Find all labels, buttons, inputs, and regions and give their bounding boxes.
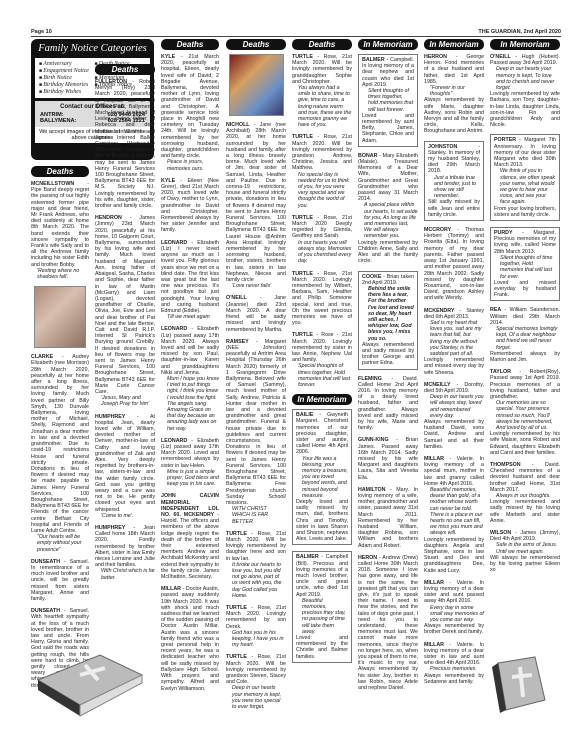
- notice-name: FLEMING: [358, 376, 382, 382]
- column-deaths-3: DeathsKYLE - 21st March 2020, peacefully…: [161, 39, 219, 698]
- page-header: Page 10 THE GUARDIAN, 2nd April 2020: [31, 29, 561, 37]
- notice-verse: 'Jesus, Mary and Joseph Pray for him': [95, 395, 155, 407]
- notice-verse: Deep in our hearts your memory is kept, …: [490, 66, 560, 91]
- notice-verse: Deep in our hearts your memory is kept, …: [226, 685, 286, 710]
- notice-verse: Deep in our hearts you will always stay,…: [424, 394, 484, 419]
- notice-text: - Gwyneth Margaret. Cherished memories o…: [296, 412, 348, 455]
- notice-name: TAYLOR: [490, 369, 511, 375]
- notice-verse: Beautiful memories, precious they stay, …: [296, 598, 348, 635]
- notice-name: WILSON: [490, 530, 511, 536]
- notice: TURTLE - Rose, 21st March 2020. Lovingly…: [292, 271, 352, 327]
- notice-name: PURDY: [494, 230, 513, 236]
- notice: MCNEILLY - Dorothy, died 5th April 2019.…: [424, 382, 484, 450]
- notice-text: - Pipe Band deeply regret the passing of…: [31, 181, 89, 268]
- notice-name: TURTLE: [292, 54, 313, 60]
- notice-verse: Beautiful memories, dearer than gold, of…: [424, 487, 484, 537]
- notice-name: NICHOLL: [226, 122, 250, 128]
- notice-name: CLARKE: [31, 354, 53, 360]
- notice-text: - Mary Elizabeth (Maisie). Treasured Mem…: [358, 153, 418, 202]
- notice: COOKE - Brian taken 2nd April 2019.Behin…: [358, 271, 418, 370]
- notice-name: TURTLE: [292, 215, 313, 221]
- notice-verse: WITH CHRIST WHICH IS FAR BETTER: [226, 506, 286, 525]
- notice-verse: Every day in some small way memories of …: [424, 605, 484, 624]
- notice-name: LEONARD: [161, 326, 187, 332]
- notice-verse: It broke our hearts to lose you, but you…: [226, 562, 286, 599]
- notice: HAMILTON - Mary. In loving memory of a w…: [358, 487, 418, 549]
- notice-text: - Rose, 21st March 2020. Lovingly rememb…: [292, 271, 352, 327]
- section-header: In Memoriam: [358, 39, 418, 50]
- notice-verse: A special place within our hearts, Is se…: [358, 202, 418, 239]
- notice-verse: "Forever in our thoughts": [424, 85, 484, 97]
- paper-dateline: THE GUARDIAN, 2nd April 2020: [478, 29, 561, 35]
- notice-footer: Remembered always by Marion and Jim.: [490, 351, 560, 363]
- notice-verse: Till we meet again: [161, 314, 219, 320]
- notice: JOHN CALVIN MEMORIAL INDEPENDENT LOL NO.…: [161, 493, 219, 580]
- notice-name: COOKE: [362, 274, 381, 280]
- notice-verse: Special thoughts of times together, Hold…: [292, 363, 352, 388]
- notice-text: - Elizabeth (Liz) I never loved anyone a…: [161, 240, 219, 314]
- notice-text: - David. Called Home 2nd April 2016. In …: [358, 376, 418, 432]
- notice-name: JOHNSTON: [428, 144, 457, 150]
- notice-name: TURTLE: [292, 271, 313, 277]
- notice-verse: In our hearts you will always stay. Memo…: [292, 240, 352, 265]
- notice: MILLAR - Valerie. In loving memory of a …: [424, 580, 484, 636]
- notice: TURTLE - Rose, 21st March 2020. Will be …: [226, 654, 286, 710]
- notice: MILLAR - Valerie. In loving memory of a …: [424, 642, 484, 685]
- section-header: In Memoriam: [292, 394, 352, 405]
- notice-text: - Margaret (NEE Johnston) peacefully at …: [226, 339, 286, 506]
- bible-icon: [490, 655, 550, 715]
- notice-verse: Silent thoughts of time together, Hold m…: [494, 255, 556, 280]
- notice-name: MILLAR: [161, 586, 181, 592]
- column-memoriam-6: In MemoriamBALMER - Campbell. In loving …: [358, 39, 418, 697]
- notice-verse: Behind the smile there lies a tear, For …: [362, 286, 414, 342]
- notice-name: FULLERTON: [95, 79, 127, 85]
- category-item: Birthday Memories: [39, 82, 91, 88]
- notice: TURTLE - Rose, 21st March 2020. Will be …: [292, 54, 352, 128]
- notice-verse: 'Love never fails': [226, 283, 286, 289]
- notice: KYLE - Eileen (Nee Greer), died 21st Mar…: [161, 178, 219, 234]
- notice: TURTLE - Rose, 21st March 2020 Deeply re…: [292, 215, 352, 265]
- office-name: BALLYMENA:: [40, 118, 76, 124]
- notice-name: JOHN CALVIN MEMORIAL INDEPENDENT LOL NO.…: [161, 493, 219, 518]
- notice: HUMPHREY - At hospital. Jean, dearly lov…: [95, 414, 155, 519]
- notice-name: HENDRON: [95, 215, 122, 221]
- notice-footer: Always remembered by Sedarene and family…: [424, 673, 484, 685]
- notice: MCKENDRY - Stanley died 6th April 2013.S…: [424, 308, 484, 376]
- notice: NICHOLL - Jane (nee Archibald) 28th Marc…: [226, 122, 286, 289]
- notice-footer: Always remembered by brother Derek and f…: [424, 623, 484, 635]
- notice: BALMER - Campbell (Bill). Precious and l…: [292, 551, 352, 662]
- notice-footer: Will always be remembered by his loving …: [490, 555, 560, 574]
- notice-name: RAMSEY: [226, 339, 249, 345]
- notice-text: - Mary. In loving memory of a wife, moth…: [358, 487, 418, 549]
- notice: LEONARD - Elizabeth (Liz) passed away 17…: [161, 438, 219, 488]
- notice-text: - 21st March 2020, peacefully at hospita…: [161, 54, 219, 159]
- notice-verse: Mine is just a simple prayer, God bless …: [161, 469, 219, 488]
- notice-verse: God has you in his keeping, I have you i…: [226, 630, 286, 649]
- notice-text: - Eileen (Nee Greer), died 21st March 20…: [161, 178, 219, 234]
- column-deaths-2: DeathsFULLERTON - Robert Mervyn (Roy) 23…: [95, 64, 155, 587]
- notice: HERRON - George Herron. Fond memories of…: [424, 54, 484, 135]
- portrait-photo: [229, 54, 284, 116]
- section-header: Deaths: [95, 64, 155, 75]
- notice-verse: You always had a smile to share, time to…: [292, 85, 352, 128]
- notice-name: PORTER: [494, 137, 516, 143]
- notice-name: DUNSEATH: [31, 559, 60, 565]
- section-header: Deaths: [292, 39, 352, 50]
- notice-footer: Still sadly missed by wife Jean and enti…: [428, 199, 480, 218]
- section-header: In Memoriam: [490, 39, 560, 50]
- notice-name: O'NEILL: [490, 54, 511, 60]
- notice: JOHNSTON - Stanley. In memory of my husb…: [424, 141, 484, 221]
- notice-name: TURTLE: [292, 134, 313, 140]
- notice-text: - Campbell (Bill). Precious and loving m…: [296, 554, 348, 597]
- notice-text: - Jean Called home 18th March 2020. Fond…: [95, 525, 155, 568]
- column-deaths-1: DeathsMCNEILLSTOWN - Pipe Band deeply re…: [31, 166, 89, 695]
- notice-name: GUNN-KING: [358, 437, 389, 443]
- notice-name: TURTLE: [226, 654, 247, 660]
- portrait-photo: [34, 286, 86, 348]
- notice: REA - William Saunderson. William died 2…: [490, 307, 560, 363]
- notice: BONAR - Mary Elizabeth (Maisie). Treasur…: [358, 153, 418, 265]
- notice-footer: Lovingly remembered by daughters Angela …: [424, 537, 484, 574]
- notice-verse: Peace is yours, memories ours.: [161, 159, 219, 171]
- notice: MCNEILLSTOWN - Pipe Band deeply regret t…: [31, 181, 89, 280]
- category-item: Birthday Wishes: [39, 89, 91, 95]
- notice: RAMSEY - Margaret (NEE Johnston) peacefu…: [226, 339, 286, 525]
- notice-footer: Lovingly remembered and sadly missed by …: [490, 499, 560, 524]
- notice: PURDY - Margaret. Precious memories of m…: [490, 227, 560, 301]
- notice-verse: 'Come to me'.: [95, 513, 155, 519]
- notice-footer: Lovingly remembered by Children Anne, Sa…: [358, 240, 418, 265]
- notice-verse: Precious memories.: [424, 666, 484, 672]
- notice-text: - Doctor Austin, passed away suddenly 19…: [161, 586, 219, 691]
- notice: WILSON - James (Jimmy), Died 4th April 2…: [490, 530, 560, 573]
- notice: HERON - Andrew (Drew) called Home 30th M…: [358, 555, 418, 691]
- column-deaths-4: DeathsNICHOLL - Jane (nee Archibald) 28t…: [226, 39, 286, 716]
- notice-name: TURTLE: [226, 605, 247, 611]
- notice: O'NEILL - Jane (Jeannie) died 23rd March…: [226, 295, 286, 332]
- notice-text: - Rose, 21st March 2020. Will be lovingl…: [292, 134, 352, 171]
- notice-name: MCNEILLSTOWN: [31, 181, 74, 187]
- notice-text: - Thomas Herbert (Tommy) and Rosetta (Et…: [424, 227, 484, 301]
- notice-text: - Audrey Elizabeth (nee Morrison) 28th M…: [31, 354, 89, 534]
- notice: GUNN-KING - Brian James. Passed away 16t…: [358, 437, 418, 480]
- notice-text: - Brian James. Passed away 16th March 20…: [358, 437, 418, 480]
- notice-name: BONAR: [358, 153, 377, 159]
- notice-text: - Elizabeth (Liz) passed away 17th March…: [161, 326, 219, 375]
- column-deaths-5: DeathsTURTLE - Rose, 21st March 2020. Wi…: [292, 39, 352, 669]
- notice: BAILIE - Gwyneth Margaret. Cherished mem…: [292, 409, 352, 545]
- notice-name: MILLAR: [424, 456, 444, 462]
- notice-name: HAMILTON: [358, 487, 385, 493]
- notice-text: - Harold. The officers and members of th…: [161, 512, 219, 580]
- notice-verse: Just a tribute true and tender, just to …: [428, 175, 480, 200]
- notice: LEONARD - Elizabeth (Liz) passed away 17…: [161, 326, 219, 431]
- notice-name: LEONARD: [161, 438, 187, 444]
- notice: KYLE - 21st March 2020, peacefully at ho…: [161, 54, 219, 172]
- notice-text: - Jane (nee Archibald) 28th March 2020, …: [226, 122, 286, 283]
- notice: CLARKE - Audrey Elizabeth (nee Morrison)…: [31, 354, 89, 553]
- notice-name: KYLE: [161, 54, 175, 60]
- notice-text: - At hospital. Jean, dearly loved wife o…: [95, 414, 155, 513]
- notice: FLEMING - David. Called Home 2nd April 2…: [358, 376, 418, 432]
- notice-name: BALMER: [362, 57, 385, 63]
- notice: TURTLE - Rose, 21st March 2020. Will be …: [226, 531, 286, 599]
- category-item: Birth Notice: [39, 75, 91, 81]
- notice-name: MCKENDRY: [424, 308, 454, 314]
- notice: FULLERTON - Robert Mervyn (Roy) 23rd Mar…: [95, 79, 155, 209]
- notice-name: BALMER: [296, 554, 319, 560]
- section-header: Deaths: [226, 39, 286, 50]
- notice-text: - Robert Mervyn (Roy) 23rd March 2020, p…: [95, 79, 155, 209]
- notice-verse: Special memories lovingly kept, Of a dea…: [490, 326, 560, 351]
- notice-verse: No special day is needed for us to think…: [292, 172, 352, 209]
- notice-footer: Deeply loved and sadly missed by mum, da…: [296, 499, 348, 542]
- notice-name: DUNSEATH: [31, 608, 60, 614]
- notice-verse: Your life was a blessing, your memory a …: [296, 456, 348, 499]
- notice-verse: Sad is my heart that loves you, sad are …: [424, 320, 484, 357]
- notice-text: - Jane (Jeannie) died 23rd March 2020. A…: [226, 295, 286, 332]
- notice-verse: Our memories are so special. Your presen…: [490, 400, 560, 431]
- notice-footer: Loved and missed everyday by husband Fra…: [494, 280, 556, 299]
- section-header: Deaths: [161, 39, 219, 50]
- notice-text: - James (Jimmy) 23rd March 2020, peacefu…: [95, 215, 155, 395]
- page-number: Page 10: [31, 29, 52, 35]
- notice: THOMPSON - David. Cherished memories of …: [490, 462, 560, 524]
- section-header: Deaths: [31, 166, 89, 177]
- category-item: Engagement Notice: [39, 68, 91, 74]
- column-memoriam-8: In MemoriamO'NEILL - Hugh (Hubert). Pass…: [490, 39, 560, 579]
- notice: HENDRON - James (Jimmy) 23rd March 2020,…: [95, 215, 155, 407]
- notice-verse: Safe in the arms of Jesus. Until we meet…: [490, 542, 560, 554]
- notice-name: MCCRORY: [424, 227, 451, 233]
- notice: LEONARD - Elizabeth (Liz) I never loved …: [161, 240, 219, 321]
- notice: MILLAR - Valerie. In loving memory of a …: [424, 456, 484, 574]
- notice-verse: Mum I hope you know I tried to put thing…: [161, 376, 219, 432]
- notice-name: MILLAR: [424, 642, 444, 648]
- notice-name: HERON: [358, 555, 377, 561]
- notice-footer: Lovingly remembered and missed every day…: [424, 357, 484, 376]
- notice: TURTLE - Rose - 21st March 2020. Lovingl…: [292, 332, 352, 388]
- notice-name: HUMPHREY: [95, 525, 125, 531]
- notice-footer: Loved and remembered by aunt Betty, Jame…: [362, 113, 414, 144]
- notice-text: - William Saunderson. William died 29th …: [490, 307, 560, 325]
- notice-name: TURTLE: [292, 332, 313, 338]
- notice-name: THOMPSON: [490, 462, 521, 468]
- section-header: In Memoriam: [424, 39, 484, 50]
- notice-footer: Always remembered by wife Marie, daughte…: [424, 97, 484, 134]
- notice-name: HUMPHREY: [95, 414, 125, 420]
- notice: TURTLE - Rose, 21st March 2020. Lovingly…: [226, 605, 286, 648]
- notice: MILLAR - Doctor Austin, passed away sudd…: [161, 586, 219, 691]
- notice-text: - Andrew (Drew) called Home 30th March 2…: [358, 555, 418, 691]
- notice-name: MCNEILLY: [424, 382, 451, 388]
- notice-name: O'NEILL: [226, 295, 247, 301]
- category-item: Anniversary: [39, 61, 91, 67]
- notice-name: KYLE: [161, 178, 175, 184]
- notice: HUMPHREY - Jean Called home 18th March 2…: [95, 525, 155, 581]
- bible-icon: [30, 650, 145, 720]
- notice: PORTER - Margaret 7th Anniversary. In lo…: [490, 134, 560, 221]
- notice-name: MILLAR: [424, 580, 444, 586]
- notice-text: - Samuel. In remembrance of a much loved…: [31, 559, 89, 602]
- notice-name: LEONARD: [161, 240, 187, 246]
- notice: TURTLE - Rose, 21st March 2020. Will be …: [292, 134, 352, 208]
- column-memoriam-7: In MemoriamHERRON - George Herron. Fond …: [424, 39, 484, 691]
- notice-footer: Always remembered and sadly missed by br…: [362, 342, 414, 367]
- notice-name: REA: [490, 307, 501, 313]
- notice-footer: Lovingly remembered by his wife Maisie, …: [490, 431, 560, 456]
- notice: TAYLOR - Robert(Roy), Passed away 1st Ap…: [490, 369, 560, 456]
- notice-name: BAILIE: [296, 412, 313, 418]
- notice-verse: "Our hearts will be empty without your p…: [31, 534, 89, 553]
- notice: MCCRORY - Thomas Herbert (Tommy) and Ros…: [424, 227, 484, 301]
- notice-verse: We think of you in silence, we often spe…: [494, 168, 556, 205]
- notice-footer: From your loving brothers, sisters and f…: [494, 206, 556, 218]
- notice-footer: Lovingly remembered by wife Barbara, son…: [490, 91, 560, 128]
- notice: BALMER - Campbell. In loving memory of a…: [358, 54, 418, 147]
- notice-name: HERRON: [424, 54, 447, 60]
- notice: DUNSEATH - Samuel. In remembrance of a m…: [31, 559, 89, 602]
- notice-verse: Silent thoughts of times together, hold …: [362, 88, 414, 113]
- notice-verse: 'Resting where no shadows fall'.: [31, 268, 89, 280]
- categories-title: Family Notice Categories: [35, 43, 150, 54]
- notice-footer: Loved and remembered by the Christie and…: [296, 635, 348, 660]
- notice-footer: Always remembered by husband David, sons…: [424, 419, 484, 450]
- notice-verse: With Christ which is far better.: [95, 568, 155, 580]
- notice-name: TURTLE: [226, 531, 247, 537]
- notice: O'NEILL - Hugh (Hubert). Passed away 3rd…: [490, 54, 560, 128]
